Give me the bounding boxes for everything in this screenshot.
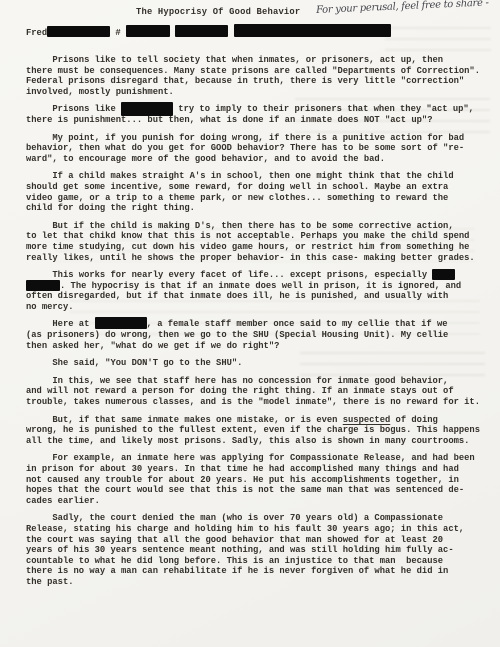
typewritten-document: The Hypocrisy Of Good Behavior Fred # Pr…	[26, 7, 488, 588]
document-line: more time studying, cut down his video g…	[26, 242, 488, 253]
document-line: If a child makes straight A's in school,…	[26, 171, 488, 182]
paragraph: In this, we see that staff here has no c…	[26, 376, 488, 408]
underlined-word: suspected	[343, 415, 391, 425]
author-name: Fred	[26, 28, 47, 38]
document-line: But if the child is making D's, then the…	[26, 221, 488, 232]
redaction-bar	[26, 287, 60, 288]
redaction-bar	[234, 34, 391, 35]
document-line: Prisons like try to imply to their priso…	[26, 104, 488, 115]
number-symbol: #	[115, 28, 120, 38]
document-line: then asked her, "what do we get if we do…	[26, 341, 488, 352]
document-line: behavior, then what do you get for GOOD …	[26, 143, 488, 154]
paragraph: But, if that same inmate makes one mista…	[26, 415, 488, 447]
document-line: hopes that the court would see that this…	[26, 485, 488, 496]
redaction-bar	[175, 34, 228, 35]
document-line: This works for nearly every facet of lif…	[26, 270, 488, 281]
redaction-bar	[126, 34, 170, 35]
paragraph: This works for nearly every facet of lif…	[26, 270, 488, 312]
document-line: (as prisoners) do wrong, then we go to t…	[26, 330, 488, 341]
header-line: Fred #	[26, 28, 488, 41]
redaction-bar	[121, 110, 173, 111]
paragraph: She said, "You DON'T go to the SHU".	[26, 358, 488, 369]
document-line: My point, if you punish for doing wrong,…	[26, 133, 488, 144]
paragraph: For example, an inmate here was applying…	[26, 453, 488, 506]
document-line: cades earlier.	[26, 496, 488, 507]
paragraph: But if the child is making D's, then the…	[26, 221, 488, 263]
document-line: countable to what he did long before. Th…	[26, 556, 488, 567]
redaction-bar	[432, 276, 455, 277]
paragraph: If a child makes straight A's in school,…	[26, 171, 488, 213]
document-line: But, if that same inmate makes one mista…	[26, 415, 488, 426]
document-line: years of his 30 years sentence meant not…	[26, 545, 488, 556]
document-line: Prisons like to tell society that when i…	[26, 55, 488, 66]
document-line: She said, "You DON'T go to the SHU".	[26, 358, 488, 369]
paragraph: Prisons like try to imply to their priso…	[26, 104, 488, 125]
document-line: to let that chikd know that this is not …	[26, 231, 488, 242]
document-line: no mercy.	[26, 302, 488, 313]
document-line: involved, mostly punishment.	[26, 87, 488, 98]
document-line: . The hypocrisy is that if an inmate doe…	[26, 281, 488, 292]
document-line: often disregarded, but if that inmate do…	[26, 291, 488, 302]
paragraph: Prisons like to tell society that when i…	[26, 55, 488, 97]
redaction-bar	[47, 34, 110, 35]
document-body: Prisons like to tell society that when i…	[26, 55, 488, 588]
document-line: Sadly, the court denied the man (who is …	[26, 513, 488, 524]
document-line: and will not reward a person for doing t…	[26, 386, 488, 397]
paragraph: Sadly, the court denied the man (who is …	[26, 513, 488, 587]
document-line: video game, or a trip to a theme park, o…	[26, 193, 488, 204]
document-line: ward", to encourage more of the good beh…	[26, 154, 488, 165]
document-line: in prison for about 30 years. In that ti…	[26, 464, 488, 475]
redaction-bar	[95, 325, 147, 326]
document-line: trouble, takes numerous classes, and is …	[26, 397, 488, 408]
document-line: not caused any trouble for about 20 year…	[26, 475, 488, 486]
paragraph: Here at , a female staff member once sai…	[26, 319, 488, 351]
paragraph: My point, if you punish for doing wrong,…	[26, 133, 488, 165]
document-line: child for doing the right thing.	[26, 203, 488, 214]
document-line: really likes, until he shows the proper …	[26, 253, 488, 264]
document-line: all the time, and likely most prisons. S…	[26, 436, 488, 447]
document-line: Here at , a female staff member once sai…	[26, 319, 488, 330]
document-line: there is punishment... but then, what is…	[26, 115, 488, 126]
document-line: there must be consequences. Many state p…	[26, 66, 488, 77]
document-line: For example, an inmate here was applying…	[26, 453, 488, 464]
document-line: there is no way a man can rehabilitate i…	[26, 566, 488, 577]
document-line: In this, we see that staff here has no c…	[26, 376, 488, 387]
header-redactions: #	[47, 28, 390, 38]
document-line: Release, stating his charge and holding …	[26, 524, 488, 535]
document-line: should get some incentive, some reward, …	[26, 182, 488, 193]
document-title: The Hypocrisy Of Good Behavior	[26, 7, 488, 18]
document-line: Federal prisons disregard that, because …	[26, 76, 488, 87]
document-line: the court was saying that all the good b…	[26, 535, 488, 546]
document-line: wrong, he is punished to the fullest ext…	[26, 425, 488, 436]
document-line: the past.	[26, 577, 488, 588]
